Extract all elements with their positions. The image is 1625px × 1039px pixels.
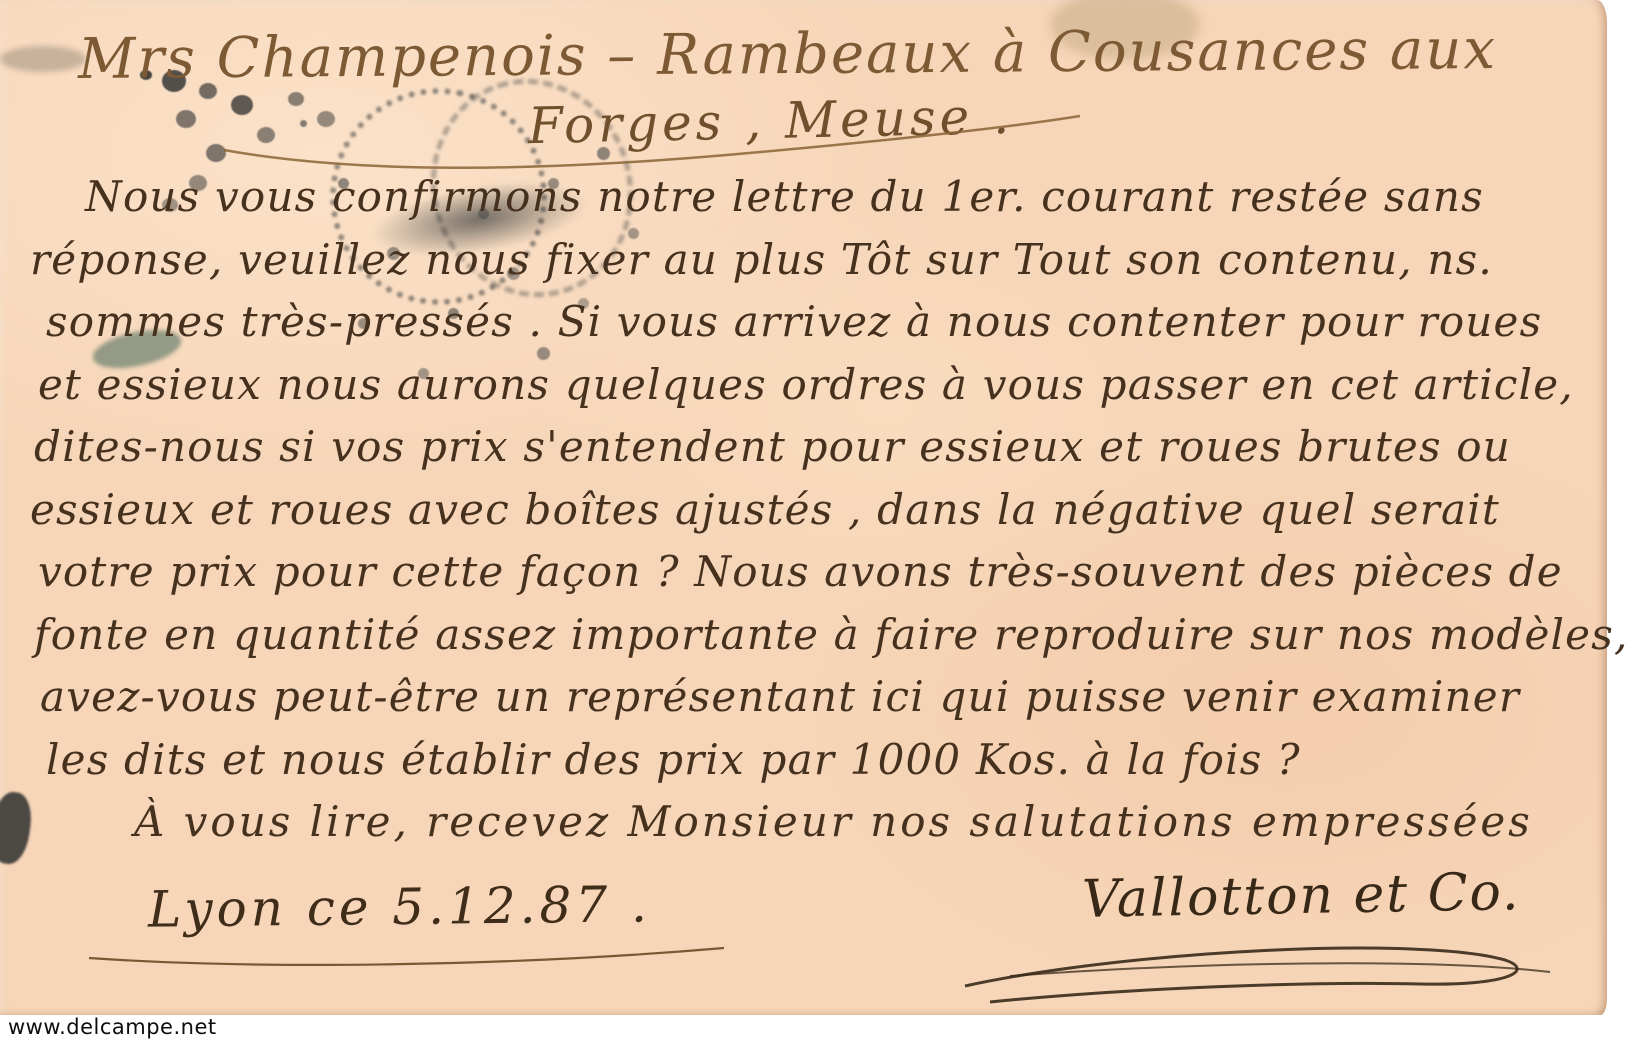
signature-flourish (950, 928, 1570, 1013)
signature: Vallotton et Co. (1082, 862, 1521, 930)
body-line: avez-vous peut-être un représentant ici … (30, 666, 1600, 729)
address-line-1: Mrs Champenois – Rambeaux à Cousances au… (78, 17, 1497, 92)
body-line: votre prix pour cette façon ? Nous avons… (30, 541, 1600, 604)
ink-smudge-grey-streak (0, 46, 86, 72)
body-line: dites-nous si vos prix s'entendent pour … (30, 416, 1600, 479)
body-line: essieux et roues avec boîtes ajustés , d… (30, 479, 1600, 542)
body-line: fonte en quantité assez importante à fai… (30, 604, 1600, 667)
closing-line: À vous lire, recevez Monsieur nos saluta… (30, 791, 1600, 854)
body-line: et essieux nous aurons quelques ordres à… (30, 354, 1600, 417)
dateline: Lyon ce 5.12.87 . (148, 875, 651, 938)
watermark-text: www.delcampe.net (8, 1015, 217, 1039)
body-line: les dits et nous établir des prix par 10… (30, 729, 1600, 792)
scanned-postcard-image: Mrs Champenois – Rambeaux à Cousances au… (0, 0, 1625, 1039)
body-line: sommes très-pressés . Si vous arrivez à … (30, 291, 1600, 354)
address-line-2: Forges , Meuse . (527, 87, 1013, 155)
postmark-ink-dots (300, 120, 307, 127)
watermark-strip (0, 1015, 1625, 1039)
postcard-paper: Mrs Champenois – Rambeaux à Cousances au… (0, 0, 1607, 1016)
body-line: réponse, veuillez nous fixer au plus Tôt… (30, 229, 1600, 292)
message-body: Nous vous confirmons notre lettre du 1er… (30, 166, 1600, 854)
body-line: Nous vous confirmons notre lettre du 1er… (30, 166, 1600, 229)
dateline-underline-flourish (84, 938, 734, 978)
